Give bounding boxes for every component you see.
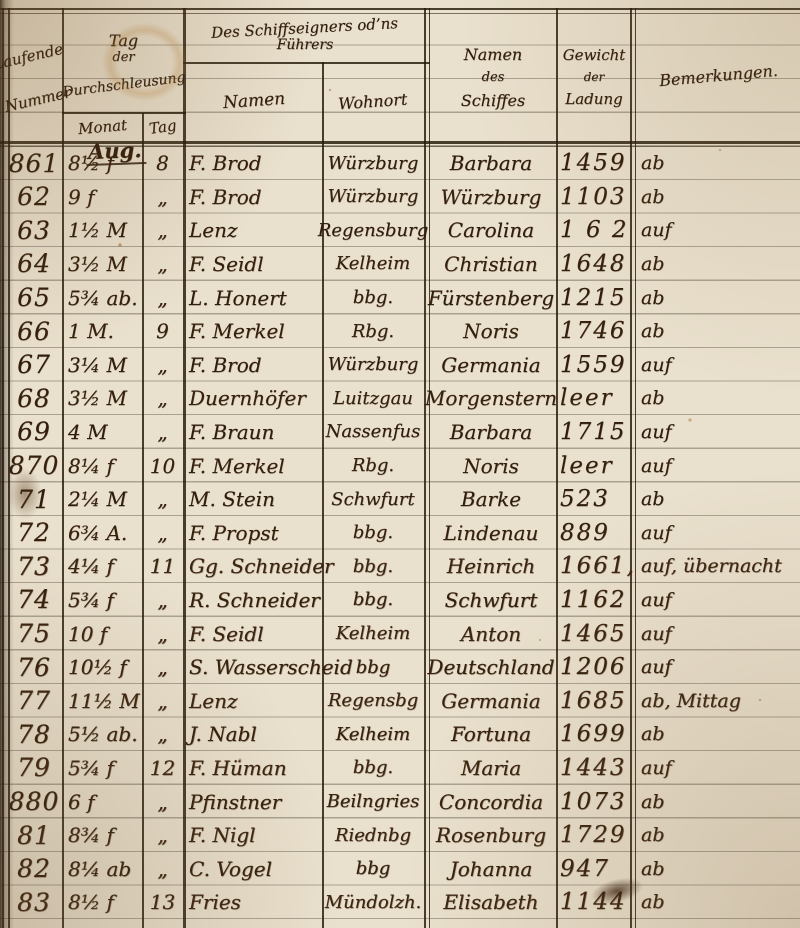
cell-passage-time: 1 M. bbox=[68, 314, 142, 348]
cell-owner-name: F. Nigl bbox=[189, 818, 322, 852]
cell-ship-name: Barke bbox=[426, 482, 556, 516]
cell-remark: ab bbox=[641, 482, 800, 516]
cell-residence: bbg. bbox=[322, 281, 424, 315]
cell-remark: auf bbox=[641, 449, 800, 483]
cell-passage-time: 10 f bbox=[68, 617, 142, 651]
cell-cargo-weight: 1685 bbox=[560, 684, 630, 718]
table-row: 77 11½ M „ Lenz Regensbg Germania 1685 a… bbox=[0, 684, 800, 718]
cell-cargo-weight: 1144 bbox=[560, 886, 630, 920]
header-sub-residence-label: Wohnort bbox=[338, 89, 408, 113]
cell-remark: auf bbox=[641, 751, 800, 785]
header-ship-line3: Schiffes bbox=[461, 91, 525, 110]
cell-cargo-weight: leer bbox=[560, 449, 630, 483]
cell-passage-time: 4¼ f bbox=[68, 550, 142, 584]
cell-serial-number: 69 bbox=[6, 415, 62, 449]
cell-passage-time: 8¼ f bbox=[68, 449, 142, 483]
header-remarks-label: Bemerkungen. bbox=[658, 60, 778, 89]
cell-remark: ab bbox=[641, 852, 800, 886]
cell-ship-name: Carolina bbox=[426, 214, 556, 248]
cell-serial-number: 77 bbox=[6, 684, 62, 718]
table-row: 74 5¾ f „ R. Schneider bbg. Schwfurt 116… bbox=[0, 583, 800, 617]
cell-passage-time: 5¾ f bbox=[68, 583, 142, 617]
cell-owner-name: F. Merkel bbox=[189, 449, 322, 483]
header-weight-line2: der bbox=[584, 70, 605, 84]
cell-passage-time: 6¾ A. bbox=[68, 516, 142, 550]
cell-serial-number: 880 bbox=[6, 785, 62, 819]
cell-cargo-weight: 1559 bbox=[560, 348, 630, 382]
cell-remark: ab bbox=[641, 247, 800, 281]
cell-passage-time: 3½ M bbox=[68, 247, 142, 281]
cell-residence: bbg. bbox=[322, 751, 424, 785]
cell-passage-time: 11½ M bbox=[68, 684, 142, 718]
cell-remark: auf bbox=[641, 415, 800, 449]
cell-remark: ab bbox=[641, 818, 800, 852]
cell-ship-name: Morgenstern bbox=[426, 382, 556, 416]
cell-serial-number: 79 bbox=[6, 751, 62, 785]
cell-residence: Regensburg bbox=[322, 214, 424, 248]
cell-owner-name: F. Merkel bbox=[189, 314, 322, 348]
cell-owner-name: M. Stein bbox=[189, 482, 322, 516]
cell-ship-name: Anton bbox=[426, 617, 556, 651]
table-row: 62 9 f „ F. Brod Würzburg Würzburg 1103 … bbox=[0, 180, 800, 214]
cell-ship-name: Deutschland bbox=[426, 650, 556, 684]
cell-day: „ bbox=[142, 214, 183, 248]
cell-passage-time: 6 f bbox=[68, 785, 142, 819]
cell-owner-name: F. Brod bbox=[189, 180, 322, 214]
cell-cargo-weight: 1715 bbox=[560, 415, 630, 449]
table-row: 71 2¼ M „ M. Stein Schwfurt Barke 523 ab bbox=[0, 482, 800, 516]
cell-serial-number: 83 bbox=[6, 886, 62, 920]
cell-ship-name: Barbara bbox=[426, 415, 556, 449]
cell-cargo-weight: 1 6 2 bbox=[560, 214, 630, 248]
cell-serial-number: 73 bbox=[6, 550, 62, 584]
cell-ship-name: Elisabeth bbox=[426, 886, 556, 920]
cell-day: „ bbox=[142, 281, 183, 315]
cell-owner-name: S. Wasserscheid bbox=[189, 650, 322, 684]
cell-passage-time: 3¼ M bbox=[68, 348, 142, 382]
cell-owner-name: Duernhöfer bbox=[189, 382, 322, 416]
cell-passage-time: 2¼ M bbox=[68, 482, 142, 516]
cell-residence: Schwfurt bbox=[322, 482, 424, 516]
cell-passage-time: 8½ f bbox=[68, 886, 142, 920]
header-weight-line3: Ladung bbox=[565, 90, 622, 108]
table-row: 861 8½ f 8 F. Brod Würzburg Barbara 1459… bbox=[0, 146, 800, 180]
cell-serial-number: 76 bbox=[6, 650, 62, 684]
cell-day: „ bbox=[142, 718, 183, 752]
cell-remark: ab bbox=[641, 785, 800, 819]
cell-remark: ab bbox=[641, 281, 800, 315]
cell-ship-name: Barbara bbox=[426, 146, 556, 180]
cell-cargo-weight: 1162 bbox=[560, 583, 630, 617]
cell-cargo-weight: 1206 bbox=[560, 650, 630, 684]
cell-serial-number: 64 bbox=[6, 247, 62, 281]
table-row: 75 10 f „ F. Seidl Kelheim Anton 1465 au… bbox=[0, 617, 800, 651]
table-row: 69 4 M „ F. Braun Nassenfus Barbara 1715… bbox=[0, 415, 800, 449]
table-row: 82 8¼ ab „ C. Vogel bbg Johanna 947 ab bbox=[0, 852, 800, 886]
cell-residence: Würzburg bbox=[322, 180, 424, 214]
header-day-line1: Tag bbox=[109, 31, 138, 50]
cell-day: „ bbox=[142, 852, 183, 886]
cell-serial-number: 82 bbox=[6, 852, 62, 886]
cell-ship-name: Rosenburg bbox=[426, 818, 556, 852]
cell-cargo-weight: 1073 bbox=[560, 785, 630, 819]
cell-ship-name: Concordia bbox=[426, 785, 556, 819]
cell-serial-number: 870 bbox=[6, 449, 62, 483]
cell-serial-number: 861 bbox=[6, 146, 62, 180]
cell-serial-number: 62 bbox=[6, 180, 62, 214]
cell-residence: bbg. bbox=[322, 550, 424, 584]
table-row: 83 8½ f 13 Fries Mündolzh. Elisabeth 114… bbox=[0, 886, 800, 920]
table-row: 67 3¼ M „ F. Brod Würzburg Germania 1559… bbox=[0, 348, 800, 382]
header-day-line2: der bbox=[112, 50, 134, 65]
cell-day: „ bbox=[142, 684, 183, 718]
cell-day: „ bbox=[142, 382, 183, 416]
cell-serial-number: 67 bbox=[6, 348, 62, 382]
table-row: 73 4¼ f 11 Gg. Schneider bbg. Heinrich 1… bbox=[0, 550, 800, 584]
cell-passage-time: 5¾ f bbox=[68, 751, 142, 785]
table-row: 66 1 M. 9 F. Merkel Rbg. Noris 1746 ab bbox=[0, 314, 800, 348]
cell-residence: Kelheim bbox=[322, 247, 424, 281]
cell-cargo-weight: 947 bbox=[560, 852, 630, 886]
cell-day: „ bbox=[142, 583, 183, 617]
cell-day: 13 bbox=[142, 886, 183, 920]
cell-remark: auf bbox=[641, 348, 800, 382]
cell-passage-time: 5¾ ab. bbox=[68, 281, 142, 315]
cell-ship-name: Noris bbox=[426, 314, 556, 348]
header-day-line3: Durchschleusung bbox=[61, 70, 186, 101]
table-top-border bbox=[0, 8, 800, 10]
cell-residence: Beilngries bbox=[322, 785, 424, 819]
cell-day: 10 bbox=[142, 449, 183, 483]
cell-day: „ bbox=[142, 482, 183, 516]
cell-day: „ bbox=[142, 785, 183, 819]
cell-residence: Würzburg bbox=[322, 146, 424, 180]
header-ship-line1: Namen bbox=[464, 45, 522, 64]
table-row: 68 3½ M „ Duernhöfer Luitzgau Morgenster… bbox=[0, 382, 800, 416]
cell-passage-time: 1½ M bbox=[68, 214, 142, 248]
cell-owner-name: Lenz bbox=[189, 684, 322, 718]
header-sub-month-label: Monat bbox=[78, 116, 128, 138]
header-serial-line1: Laufende bbox=[0, 40, 65, 74]
cell-owner-name: F. Braun bbox=[189, 415, 322, 449]
header-owner-line2: Führers bbox=[277, 37, 334, 53]
cell-passage-time: 5½ ab. bbox=[68, 718, 142, 752]
cell-cargo-weight: 1729 bbox=[560, 818, 630, 852]
table-row: 72 6¾ A. „ F. Propst bbg. Lindenau 889 a… bbox=[0, 516, 800, 550]
table-row: 65 5¾ ab. „ L. Honert bbg. Fürstenberg 1… bbox=[0, 281, 800, 315]
cell-remark: ab bbox=[641, 886, 800, 920]
cell-owner-name: Gg. Schneider bbox=[189, 550, 322, 584]
cell-owner-name: F. Brod bbox=[189, 348, 322, 382]
cell-ship-name: Noris bbox=[426, 449, 556, 483]
cell-owner-name: Pfinstner bbox=[189, 785, 322, 819]
cell-residence: bbg. bbox=[322, 516, 424, 550]
cell-owner-name: Fries bbox=[189, 886, 322, 920]
header-weight-line1: Gewicht bbox=[563, 46, 626, 64]
cell-serial-number: 78 bbox=[6, 718, 62, 752]
cell-day: „ bbox=[142, 180, 183, 214]
cell-day: „ bbox=[142, 247, 183, 281]
cell-remark: ab, Mittag bbox=[641, 684, 800, 718]
cell-day: „ bbox=[142, 617, 183, 651]
table-row: 880 6 f „ Pfinstner Beilngries Concordia… bbox=[0, 785, 800, 819]
cell-ship-name: Fortuna bbox=[426, 718, 556, 752]
cell-remark: auf bbox=[641, 650, 800, 684]
cell-owner-name: F. Propst bbox=[189, 516, 322, 550]
cell-ship-name: Würzburg bbox=[426, 180, 556, 214]
cell-cargo-weight: 1699 bbox=[560, 718, 630, 752]
header-passage-day: Tag der Durchschleusung bbox=[64, 14, 183, 110]
cell-cargo-weight: leer bbox=[560, 382, 630, 416]
cell-remark: auf bbox=[641, 214, 800, 248]
cell-serial-number: 68 bbox=[6, 382, 62, 416]
header-ship: Namen des Schiffes bbox=[430, 16, 556, 138]
header-remarks: Bemerkungen. bbox=[637, 14, 800, 136]
cell-day: „ bbox=[142, 516, 183, 550]
header-sub-day: Tag bbox=[142, 113, 183, 141]
cell-day: „ bbox=[142, 415, 183, 449]
header-sub-name-label: Namen bbox=[222, 89, 285, 113]
cell-day: 8 bbox=[142, 146, 183, 180]
cell-ship-name: Christian bbox=[426, 247, 556, 281]
cell-cargo-weight: 1215 bbox=[560, 281, 630, 315]
cell-residence: Würzburg bbox=[322, 348, 424, 382]
cell-serial-number: 71 bbox=[6, 482, 62, 516]
cell-residence: Kelheim bbox=[322, 718, 424, 752]
cell-ship-name: Schwfurt bbox=[426, 583, 556, 617]
header-ship-line2: des bbox=[482, 70, 505, 85]
cell-remark: ab bbox=[641, 314, 800, 348]
cell-owner-name: Lenz bbox=[189, 214, 322, 248]
cell-serial-number: 63 bbox=[6, 214, 62, 248]
header-sub-day-label: Tag bbox=[148, 116, 178, 138]
cell-remark: ab bbox=[641, 718, 800, 752]
cell-residence: bbg. bbox=[322, 583, 424, 617]
cell-cargo-weight: 1459 bbox=[560, 146, 630, 180]
cell-owner-name: F. Seidl bbox=[189, 247, 322, 281]
cell-day: 9 bbox=[142, 314, 183, 348]
ledger-page: Laufende Nummer Tag der Durchschleusung … bbox=[0, 0, 800, 928]
cell-residence: bbg bbox=[322, 650, 424, 684]
table-row: 64 3½ M „ F. Seidl Kelheim Christian 164… bbox=[0, 247, 800, 281]
cell-cargo-weight: 1465 bbox=[560, 617, 630, 651]
cell-remark: ab bbox=[641, 180, 800, 214]
cell-owner-name: J. Nabl bbox=[189, 718, 322, 752]
cell-residence: Mündolzh. bbox=[322, 886, 424, 920]
cell-ship-name: Fürstenberg bbox=[426, 281, 556, 315]
cell-day: „ bbox=[142, 348, 183, 382]
cell-serial-number: 75 bbox=[6, 617, 62, 651]
cell-day: 11 bbox=[142, 550, 183, 584]
table-row: 870 8¼ f 10 F. Merkel Rbg. Noris leer au… bbox=[0, 449, 800, 483]
cell-residence: Kelheim bbox=[322, 617, 424, 651]
cell-residence: Rbg. bbox=[322, 449, 424, 483]
table-row: 78 5½ ab. „ J. Nabl Kelheim Fortuna 1699… bbox=[0, 718, 800, 752]
header-weight: Gewicht der Ladung bbox=[558, 16, 630, 138]
cell-owner-name: F. Hüman bbox=[189, 751, 322, 785]
cell-remark: auf bbox=[641, 617, 800, 651]
cell-residence: Regensbg bbox=[322, 684, 424, 718]
cell-cargo-weight: 1661, bbox=[560, 550, 630, 584]
cell-passage-time: 8¾ f bbox=[68, 818, 142, 852]
cell-cargo-weight: 1746 bbox=[560, 314, 630, 348]
cell-day: „ bbox=[142, 650, 183, 684]
cell-passage-time: 4 M bbox=[68, 415, 142, 449]
cell-residence: Rbg. bbox=[322, 314, 424, 348]
cell-ship-name: Johanna bbox=[426, 852, 556, 886]
table-row: 79 5¾ f 12 F. Hüman bbg. Maria 1443 auf bbox=[0, 751, 800, 785]
cell-ship-name: Germania bbox=[426, 348, 556, 382]
cell-residence: Riednbg bbox=[322, 818, 424, 852]
cell-serial-number: 74 bbox=[6, 583, 62, 617]
cell-cargo-weight: 1648 bbox=[560, 247, 630, 281]
cell-residence: Nassenfus bbox=[322, 415, 424, 449]
cell-passage-time: 9 f bbox=[68, 180, 142, 214]
cell-cargo-weight: 523 bbox=[560, 482, 630, 516]
cell-remark: auf bbox=[641, 516, 800, 550]
cell-remark: ab bbox=[641, 146, 800, 180]
cell-serial-number: 81 bbox=[6, 818, 62, 852]
cell-day: 12 bbox=[142, 751, 183, 785]
cell-passage-time: 10½ f bbox=[68, 650, 142, 684]
cell-residence: bbg bbox=[322, 852, 424, 886]
table-row: 81 8¾ f „ F. Nigl Riednbg Rosenburg 1729… bbox=[0, 818, 800, 852]
cell-serial-number: 66 bbox=[6, 314, 62, 348]
cell-cargo-weight: 1103 bbox=[560, 180, 630, 214]
cell-cargo-weight: 889 bbox=[560, 516, 630, 550]
cell-owner-name: L. Honert bbox=[189, 281, 322, 315]
cell-owner-name: F. Brod bbox=[189, 146, 322, 180]
table-row: 76 10½ f „ S. Wasserscheid bbg Deutschla… bbox=[0, 650, 800, 684]
cell-ship-name: Germania bbox=[426, 684, 556, 718]
cell-serial-number: 72 bbox=[6, 516, 62, 550]
cell-remark: ab bbox=[641, 382, 800, 416]
cell-passage-time: 8½ f bbox=[68, 146, 142, 180]
cell-ship-name: Heinrich bbox=[426, 550, 556, 584]
header-sub-residence: Wohnort bbox=[322, 62, 424, 140]
table-row: 63 1½ M „ Lenz Regensburg Carolina 1 6 2… bbox=[0, 214, 800, 248]
cell-ship-name: Maria bbox=[426, 751, 556, 785]
cell-owner-name: F. Seidl bbox=[189, 617, 322, 651]
cell-day: „ bbox=[142, 818, 183, 852]
cell-residence: Luitzgau bbox=[322, 382, 424, 416]
cell-owner-name: R. Schneider bbox=[189, 583, 322, 617]
cell-serial-number: 65 bbox=[6, 281, 62, 315]
cell-remark: auf, übernacht bbox=[641, 550, 800, 584]
cell-owner-name: C. Vogel bbox=[189, 852, 322, 886]
cell-passage-time: 3½ M bbox=[68, 382, 142, 416]
cell-passage-time: 8¼ ab bbox=[68, 852, 142, 886]
cell-remark: auf bbox=[641, 583, 800, 617]
cell-cargo-weight: 1443 bbox=[560, 751, 630, 785]
header-sub-name: Namen bbox=[186, 62, 322, 140]
header-owner: Des Schiffseigners od’ns Führers bbox=[186, 12, 424, 60]
cell-ship-name: Lindenau bbox=[426, 516, 556, 550]
